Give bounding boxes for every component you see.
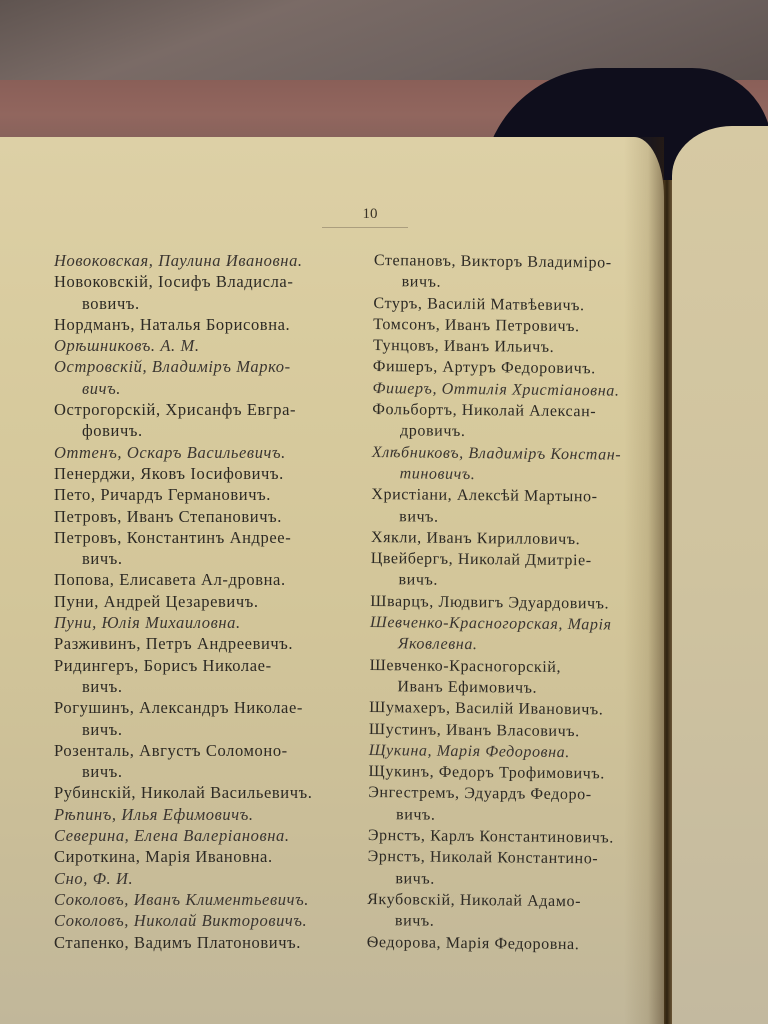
name-entry: Ридингеръ, Борисъ Николае-вичъ. [54, 655, 364, 698]
entry-line: Соколовъ, Николай Викторовичъ. [54, 911, 307, 930]
entry-line: Северина, Елена Валеріановна. [54, 826, 290, 845]
name-entry: Эрнстъ, Николай Константино-вичъ. [367, 846, 657, 892]
name-entry: Шевченко-Красногорская, МаріяЯковлевна. [370, 612, 660, 658]
name-entry: Сно, Ф. И. [54, 868, 364, 889]
entry-line: Томсонъ, Иванъ Петровичъ. [373, 316, 580, 335]
entry-line: Стапенко, Вадимъ Платоновичъ. [54, 933, 301, 952]
entry-line: Орѣшниковъ. А. М. [54, 336, 200, 355]
entry-line: Шумахеръ, Василій Ивановичъ. [369, 699, 603, 718]
entry-line: Островскій, Владиміръ Марко- [54, 357, 291, 376]
entry-continuation-line: тиновичъ. [372, 463, 662, 487]
entry-line: Ѳедорова, Марія Федоровна. [367, 933, 580, 952]
name-entry: Степановъ, Викторъ Владиміро-вичъ. [374, 250, 664, 296]
entry-line: Ридингеръ, Борисъ Николае- [54, 656, 272, 675]
entry-line: Оттенъ, Оскаръ Васильевичъ. [54, 443, 286, 462]
name-entry: Фишеръ, Артуръ Федоровичъ. [373, 356, 663, 380]
name-entry: Орѣшниковъ. А. М. [54, 335, 364, 356]
name-entry: Петровъ, Константинъ Андрее-вичъ. [54, 527, 364, 570]
entry-continuation-line: вичъ. [54, 676, 364, 697]
entry-line: Эрнстъ, Николай Константино- [368, 848, 599, 867]
entry-line: Шустинъ, Иванъ Власовичъ. [369, 721, 580, 740]
entry-continuation-line: вичъ. [370, 569, 660, 593]
name-entry: Пенерджи, Яковъ Іосифовичъ. [54, 463, 364, 484]
entry-continuation-line: вичъ. [374, 271, 664, 295]
name-entry: Разживинъ, Петръ Андреевичъ. [54, 633, 364, 654]
entry-line: Щукинъ, Федоръ Трофимовичъ. [368, 763, 604, 782]
name-entry: Фишеръ, Оттилія Христіановна. [372, 378, 662, 402]
entry-line: Цвейбергъ, Николай Дмитріе- [371, 550, 592, 569]
name-entry: Рѣпинъ, Илья Ефимовичъ. [54, 804, 364, 825]
entry-line: Рогушинъ, Александръ Николае- [54, 698, 303, 717]
entry-continuation-line: вичъ. [368, 804, 658, 828]
entry-line: Пуни, Андрей Цезаревичъ. [54, 592, 259, 611]
entry-line: Стуръ, Василій Матвѣевичъ. [373, 295, 584, 314]
entry-line: Фишеръ, Оттилія Христіановна. [372, 380, 619, 400]
page-number: 10 [355, 206, 385, 223]
name-entry: Цвейбергъ, Николай Дмитріе-вичъ. [370, 548, 660, 594]
entry-line: Соколовъ, Иванъ Климентьевичъ. [54, 890, 309, 909]
name-entry: Розенталь, Августъ Соломоно-вичъ. [54, 740, 364, 783]
entry-continuation-line: вовичъ. [54, 293, 364, 314]
name-entry: Шварцъ, Людвигъ Эдуардовичъ. [370, 591, 660, 615]
entry-line: Щукина, Марія Федоровна. [369, 742, 570, 761]
entry-continuation-line: вичъ. [54, 761, 364, 782]
name-entry: Попова, Елисавета Ал-дровна. [54, 569, 364, 590]
entry-line: Розенталь, Августъ Соломоно- [54, 741, 288, 760]
name-entry: Якубовскій, Николай Адамо-вичъ. [367, 889, 657, 935]
entry-line: Новоковскій, Іосифъ Владисла- [54, 272, 293, 291]
entry-line: Фишеръ, Артуръ Федоровичъ. [373, 358, 596, 377]
name-entry: Новоковская, Паулина Ивановна. [54, 250, 364, 271]
entry-line: Разживинъ, Петръ Андреевичъ. [54, 634, 293, 653]
name-entry: Рогушинъ, Александръ Николае-вичъ. [54, 697, 364, 740]
entry-line: Фольбортъ, Николай Алексан- [372, 401, 596, 420]
entry-continuation-line: вичъ. [54, 548, 364, 569]
entry-continuation-line: вичъ. [54, 378, 364, 399]
name-entry: Щукина, Марія Федоровна. [369, 740, 659, 764]
entry-line: Хякли, Иванъ Кирилловичъ. [371, 529, 580, 548]
name-entry: Соколовъ, Николай Викторовичъ. [54, 910, 364, 931]
entry-line: Эрнстъ, Карлъ Константиновичъ. [368, 827, 614, 847]
entry-line: Якубовскій, Николай Адамо- [367, 891, 581, 910]
name-entry: Тунцовъ, Иванъ Ильичъ. [373, 335, 663, 359]
name-entry: Эрнстъ, Карлъ Константиновичъ. [368, 825, 658, 849]
entry-continuation-line: вичъ. [367, 910, 657, 934]
entry-continuation-line: вичъ. [367, 868, 657, 892]
name-entry: Шумахеръ, Василій Ивановичъ. [369, 697, 659, 721]
entry-continuation-line: вичъ. [371, 506, 661, 530]
name-list-left-column: Новоковская, Паулина Ивановна.Новоковскі… [54, 250, 364, 953]
name-entry: Острогорскій, Хрисанфъ Евгра-фовичъ. [54, 399, 364, 442]
entry-line: Энгестремъ, Эдуардъ Федоро- [368, 784, 592, 803]
entry-line: Пето, Ричардъ Германовичъ. [54, 485, 271, 504]
name-entry: Петровъ, Иванъ Степановичъ. [54, 506, 364, 527]
name-entry: Стуръ, Василій Матвѣевичъ. [373, 293, 663, 317]
entry-line: Шварцъ, Людвигъ Эдуардовичъ. [370, 593, 609, 613]
book-page-right [672, 126, 768, 1024]
entry-line: Острогорскій, Хрисанфъ Евгра- [54, 400, 296, 419]
name-entry: Хлѣбниковъ, Владиміръ Констан-тиновичъ. [372, 442, 662, 488]
name-entry: Хякли, Иванъ Кирилловичъ. [371, 527, 661, 551]
name-entry: Шустинъ, Иванъ Власовичъ. [369, 719, 659, 743]
entry-line: Тунцовъ, Иванъ Ильичъ. [373, 337, 554, 356]
name-list-right-column: Степановъ, Викторъ Владиміро-вичъ.Стуръ,… [367, 250, 664, 956]
entry-line: Новоковская, Паулина Ивановна. [54, 251, 303, 270]
name-entry: Нордманъ, Наталья Борисовна. [54, 314, 364, 335]
name-entry: Северина, Елена Валеріановна. [54, 825, 364, 846]
name-entry: Пето, Ричардъ Германовичъ. [54, 484, 364, 505]
name-entry: Щукинъ, Федоръ Трофимовичъ. [368, 761, 658, 785]
page-number-rule [322, 227, 408, 228]
name-entry: Сироткина, Марія Ивановна. [54, 846, 364, 867]
name-entry: Стапенко, Вадимъ Платоновичъ. [54, 932, 364, 953]
entry-line: Сно, Ф. И. [54, 869, 133, 888]
entry-line: Сироткина, Марія Ивановна. [54, 847, 273, 866]
name-entry: Томсонъ, Иванъ Петровичъ. [373, 314, 663, 338]
entry-line: Пуни, Юлія Михаиловна. [54, 613, 241, 632]
entry-line: Шевченко-Красногорскій, [370, 657, 562, 676]
name-entry: Энгестремъ, Эдуардъ Федоро-вичъ. [368, 782, 658, 828]
entry-line: Петровъ, Константинъ Андрее- [54, 528, 291, 547]
entry-continuation-line: Иванъ Ефимовичъ. [369, 676, 659, 700]
entry-continuation-line: вичъ. [54, 719, 364, 740]
name-entry: Шевченко-Красногорскій,Иванъ Ефимовичъ. [369, 655, 659, 701]
entry-line: Попова, Елисавета Ал-дровна. [54, 570, 286, 589]
entry-continuation-line: Яковлевна. [370, 633, 660, 657]
entry-line: Петровъ, Иванъ Степановичъ. [54, 507, 282, 526]
entry-line: Пенерджи, Яковъ Іосифовичъ. [54, 464, 284, 483]
entry-line: Хлѣбниковъ, Владиміръ Констан- [372, 444, 622, 464]
entry-line: Христіани, Алексѣй Мартыно- [371, 486, 597, 505]
name-entry: Рубинскій, Николай Васильевичъ. [54, 782, 364, 803]
name-entry: Оттенъ, Оскаръ Васильевичъ. [54, 442, 364, 463]
entry-line: Рубинскій, Николай Васильевичъ. [54, 783, 312, 802]
entry-continuation-line: дровичъ. [372, 420, 662, 444]
name-entry: Пуни, Андрей Цезаревичъ. [54, 591, 364, 612]
name-entry: Ѳедорова, Марія Федоровна. [367, 931, 657, 955]
name-entry: Новоковскій, Іосифъ Владисла-вовичъ. [54, 271, 364, 314]
name-entry: Христіани, Алексѣй Мартыно-вичъ. [371, 484, 661, 530]
entry-line: Нордманъ, Наталья Борисовна. [54, 315, 290, 334]
name-entry: Соколовъ, Иванъ Климентьевичъ. [54, 889, 364, 910]
entry-line: Рѣпинъ, Илья Ефимовичъ. [54, 805, 254, 824]
name-entry: Островскій, Владиміръ Марко-вичъ. [54, 356, 364, 399]
entry-continuation-line: фовичъ. [54, 420, 364, 441]
name-entry: Фольбортъ, Николай Алексан-дровичъ. [372, 399, 662, 445]
name-entry: Пуни, Юлія Михаиловна. [54, 612, 364, 633]
entry-line: Шевченко-Красногорская, Марія [370, 614, 612, 634]
entry-line: Степановъ, Викторъ Владиміро- [374, 252, 612, 271]
